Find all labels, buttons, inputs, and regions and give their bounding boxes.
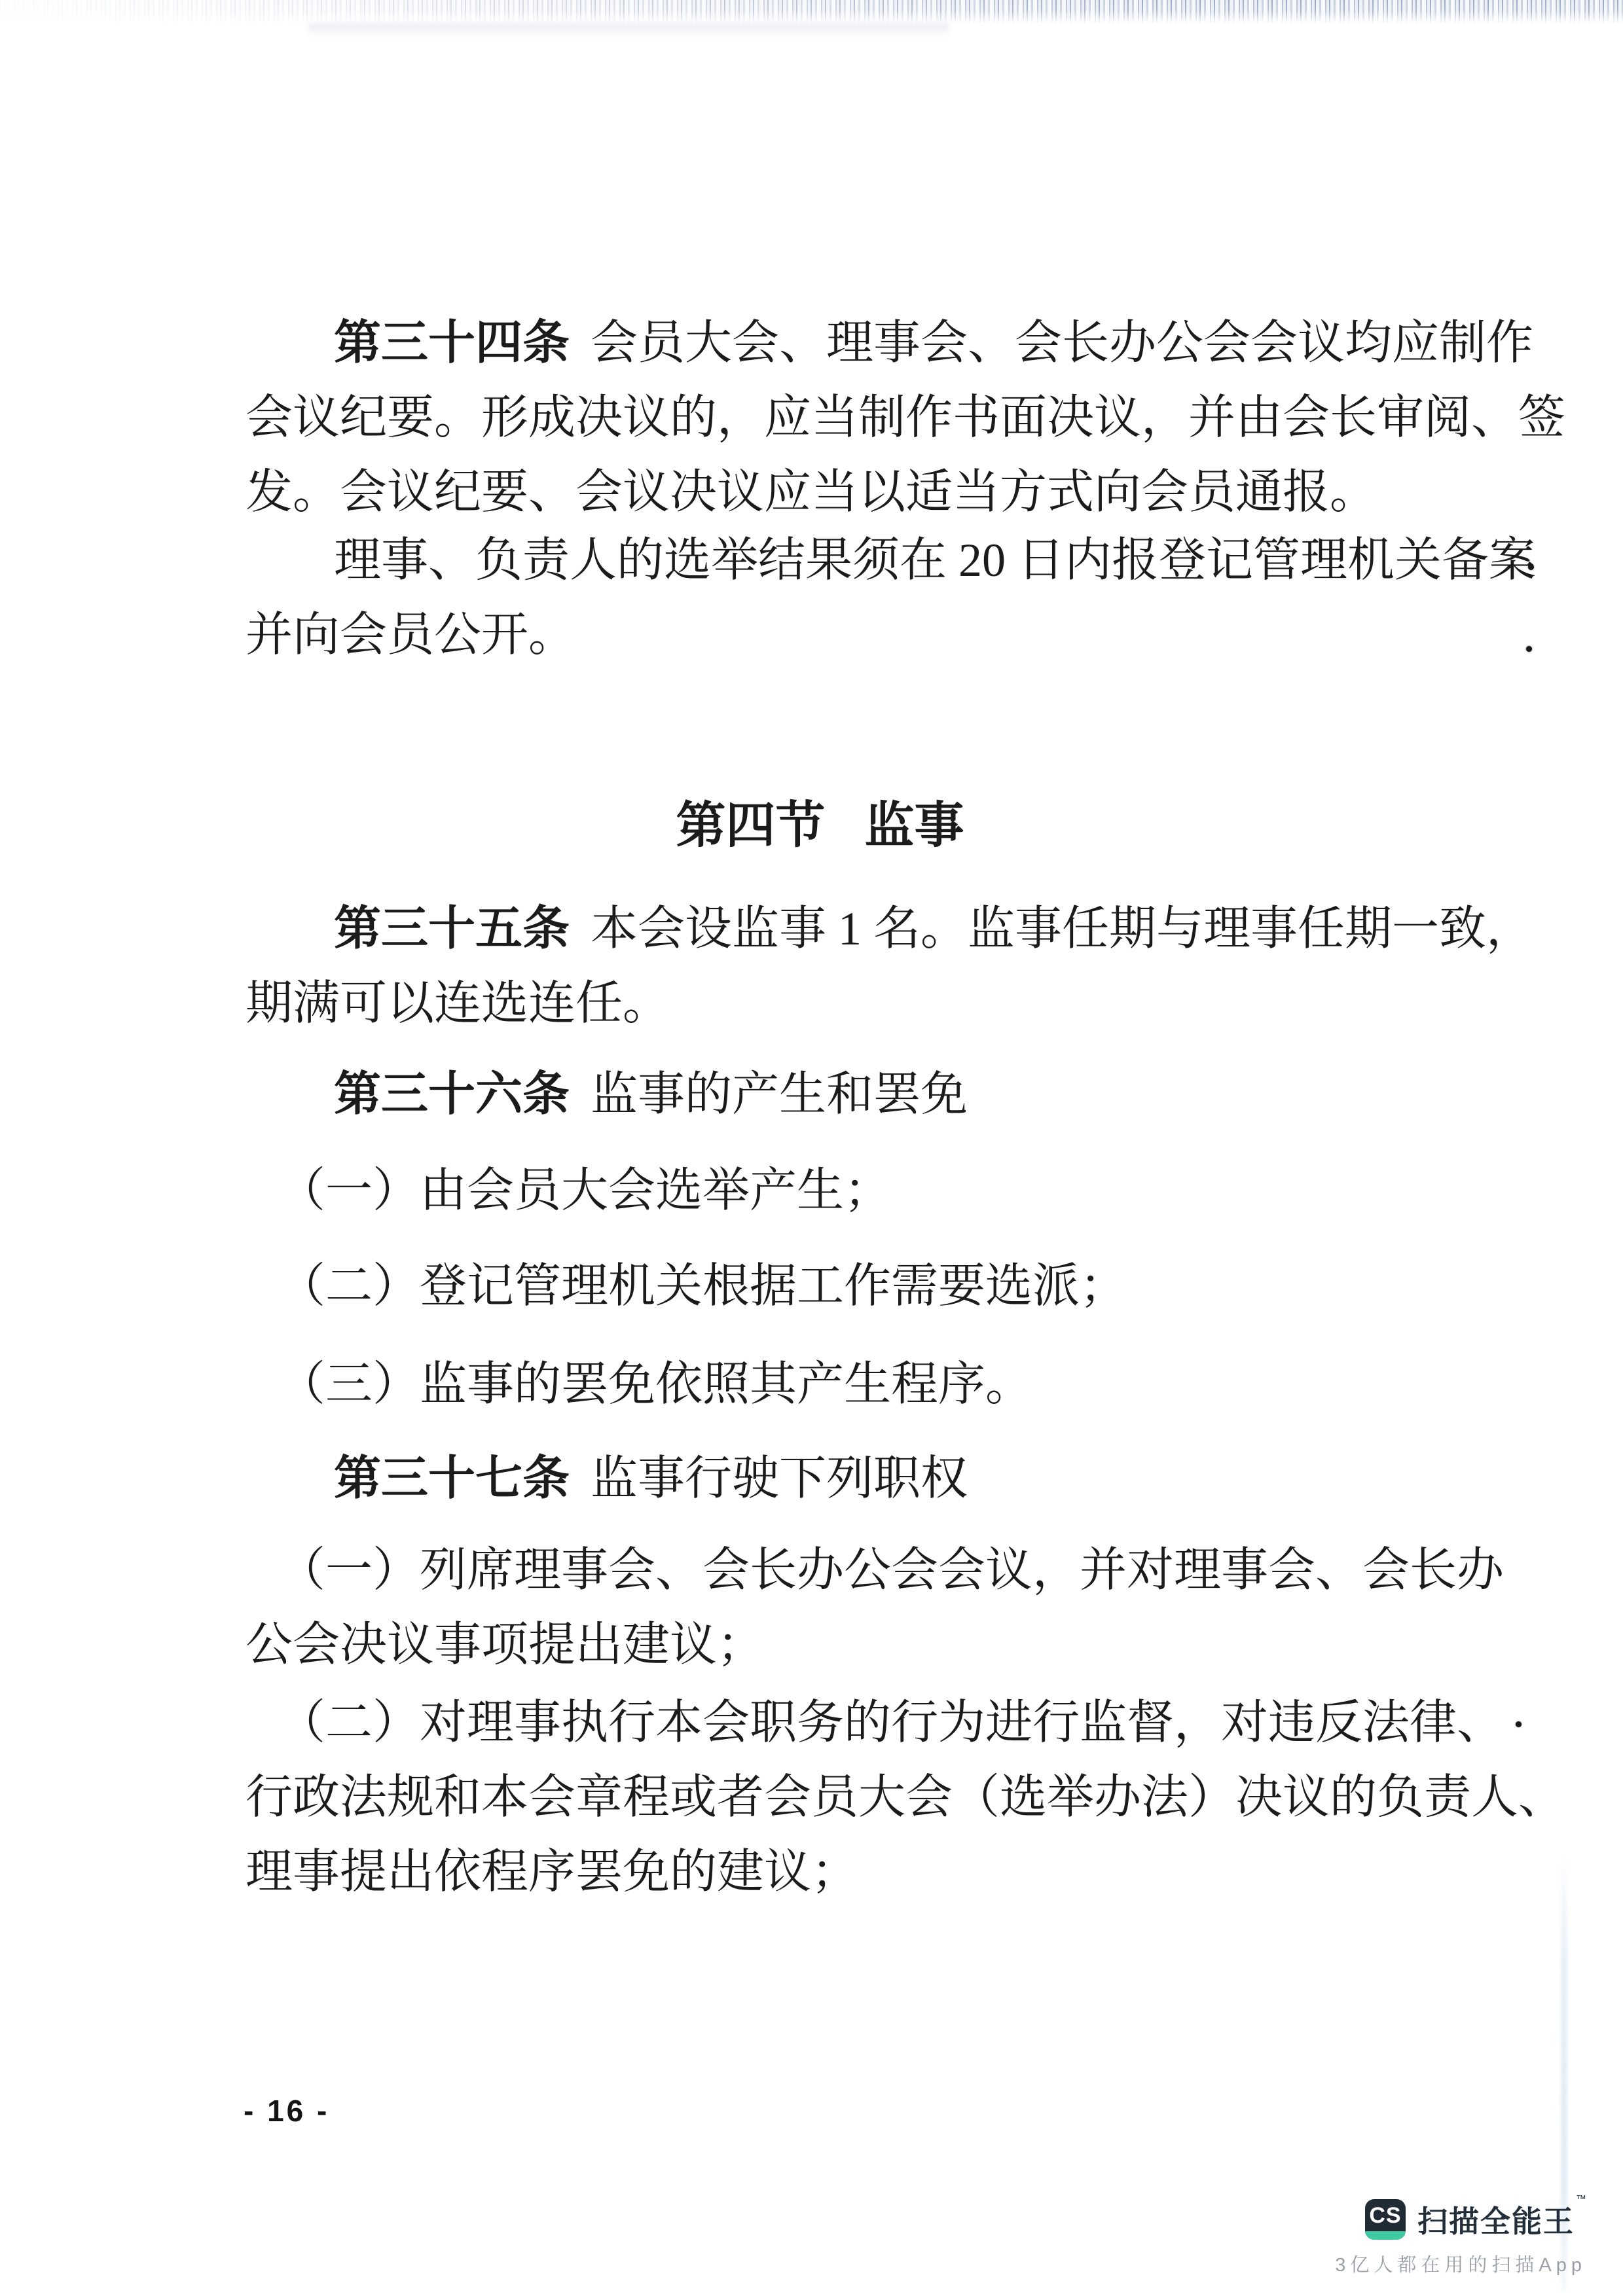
article-34-label: 第三十四条 (334, 317, 570, 369)
article-37-paragraph: 第三十七条监事行驶下列职权 (246, 1441, 1519, 1516)
article-34-text: 会员大会、理事会、会长办公会会议均应制作 (591, 317, 1533, 369)
text-line: （一）列席理事会、会长办公会会议，并对理事会、会长办 (246, 1533, 1519, 1607)
ink-speck (1516, 1721, 1522, 1727)
cs-monogram: CS (1365, 2200, 1406, 2231)
text-line: （二）对理事执行本会职务的行为进行监督，对违反法律、 (246, 1685, 1519, 1760)
trademark-symbol: ™ (1576, 2194, 1588, 2205)
article-35-label: 第三十五条 (334, 903, 570, 955)
text-line: （三）监事的罢免依照其产生程序。 (246, 1347, 1519, 1422)
section-number: 第四节 (676, 798, 826, 853)
scanned-document-page: { "body": { "p34": { "label": "第三十四条", "… (0, 0, 1623, 2296)
text-line: 第三十六条监事的产生和罢免 (246, 1057, 1519, 1132)
text-line: 公会决议事项提出建议； (246, 1607, 1519, 1682)
ink-speck (1526, 646, 1532, 652)
camscanner-watermark: CS 扫描全能王™ 3亿人都在用的扫描App (1335, 2198, 1586, 2277)
text-line: 行政法规和本会章程或者会员大会（选举办法）决议的负责人、 (246, 1760, 1519, 1835)
text-line: 第三十四条会员大会、理事会、会长办公会会议均应制作 (246, 306, 1519, 380)
article-37-item-2: （二）对理事执行本会职务的行为进行监督，对违反法律、 行政法规和本会章程或者会员… (246, 1685, 1519, 1909)
text-line: 理事提出依程序罢免的建议； (246, 1835, 1519, 1909)
ink-speck (1528, 564, 1534, 570)
article-34-paragraph: 第三十四条会员大会、理事会、会长办公会会议均应制作 会议纪要。形成决议的，应当制… (246, 306, 1519, 529)
text-line: 期满可以连选连任。 (246, 966, 1519, 1041)
text-line: 发。会议纪要、会议决议应当以适当方式向会员通报。 (246, 455, 1519, 529)
watermark-app-name: 扫描全能王™ (1417, 2198, 1586, 2241)
article-36-paragraph: 第三十六条监事的产生和罢免 (246, 1057, 1519, 1132)
article-36-item-2: （二）登记管理机关根据工作需要选派； (246, 1249, 1519, 1323)
article-36-label: 第三十六条 (334, 1068, 570, 1121)
article-36-text: 监事的产生和罢免 (591, 1068, 968, 1121)
article-36-item-3: （三）监事的罢免依照其产生程序。 (246, 1347, 1519, 1422)
watermark-tagline: 3亿人都在用的扫描App (1335, 2250, 1586, 2277)
text-line: 第三十五条本会设监事 1 名。监事任期与理事任期一致， (246, 891, 1519, 966)
logo-accent-bar (1365, 2231, 1406, 2240)
app-name-text: 扫描全能王 (1417, 2204, 1575, 2238)
text-line: 第三十七条监事行驶下列职权 (246, 1441, 1519, 1516)
text-line: 会议纪要。形成决议的，应当制作书面决议，并由会长审阅、签 (246, 380, 1519, 455)
text-line: 理事、负责人的选举结果须在 20 日内报登记管理机关备案 (246, 523, 1519, 598)
article-35-paragraph: 第三十五条本会设监事 1 名。监事任期与理事任期一致， 期满可以连选连任。 (246, 891, 1519, 1041)
page-number: - 16 - (244, 2093, 329, 2128)
section-4-heading: 第四节监事 (246, 789, 1395, 863)
camscanner-logo-icon: CS (1365, 2199, 1406, 2240)
article-37-label: 第三十七条 (334, 1452, 570, 1505)
text-line: 并向会员公开。 (246, 598, 1519, 672)
article-37-text: 监事行驶下列职权 (591, 1452, 968, 1505)
article-37-item-1: （一）列席理事会、会长办公会会议，并对理事会、会长办 公会决议事项提出建议； (246, 1533, 1519, 1682)
text-line: （二）登记管理机关根据工作需要选派； (246, 1249, 1519, 1323)
section-title: 监事 (865, 798, 964, 853)
article-36-item-1: （一）由会员大会选举产生； (246, 1153, 1519, 1228)
election-record-paragraph: 理事、负责人的选举结果须在 20 日内报登记管理机关备案 并向会员公开。 (246, 523, 1519, 672)
text-line: （一）由会员大会选举产生； (246, 1153, 1519, 1228)
watermark-logo-row: CS 扫描全能王™ (1335, 2198, 1586, 2241)
article-35-text: 本会设监事 1 名。监事任期与理事任期一致， (591, 903, 1533, 955)
document-body: 第三十四条会员大会、理事会、会长办公会会议均应制作 会议纪要。形成决议的，应当制… (246, 0, 1519, 1909)
